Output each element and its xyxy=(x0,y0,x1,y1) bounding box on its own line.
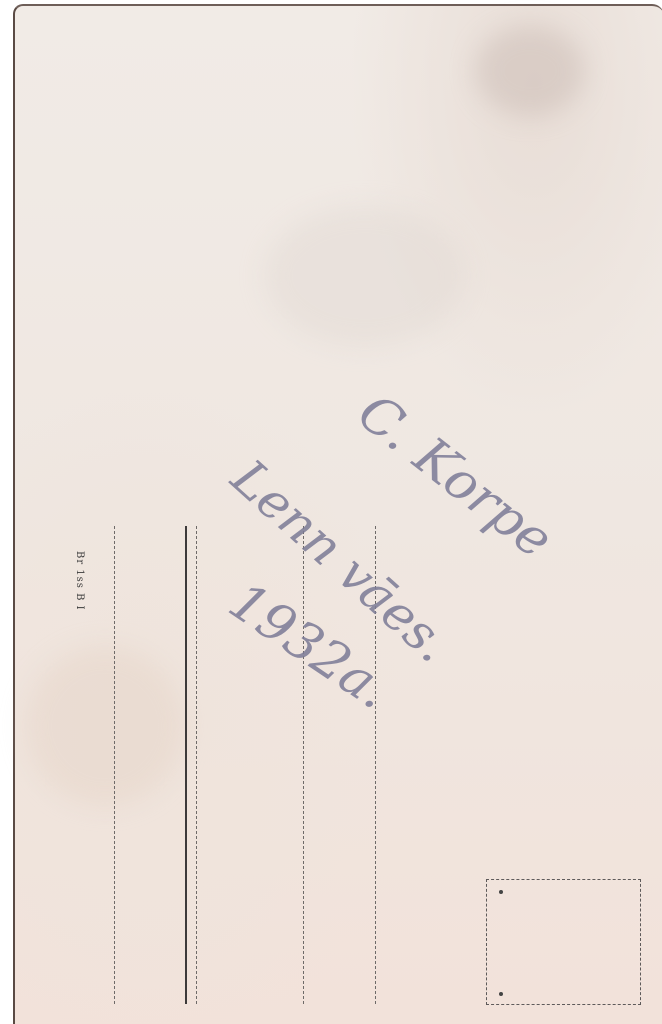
handwritten-name: C. Korpe xyxy=(347,382,564,570)
divider-solid xyxy=(185,526,187,1004)
print-code: Br 1ss B I xyxy=(74,551,85,611)
paper-stain xyxy=(265,206,465,346)
stamp-corner-dot xyxy=(499,992,503,996)
stamp-corner-dot xyxy=(499,890,503,894)
address-line xyxy=(196,526,197,1004)
paper-stain xyxy=(475,26,585,116)
postcard-back: Br 1ss B I C. Korpe Lenn vāes. 1932a. xyxy=(13,4,662,1024)
divider-dashed-left xyxy=(114,526,115,1004)
address-line xyxy=(303,526,304,1004)
stamp-box xyxy=(486,879,641,1005)
paper-stain xyxy=(25,646,185,806)
